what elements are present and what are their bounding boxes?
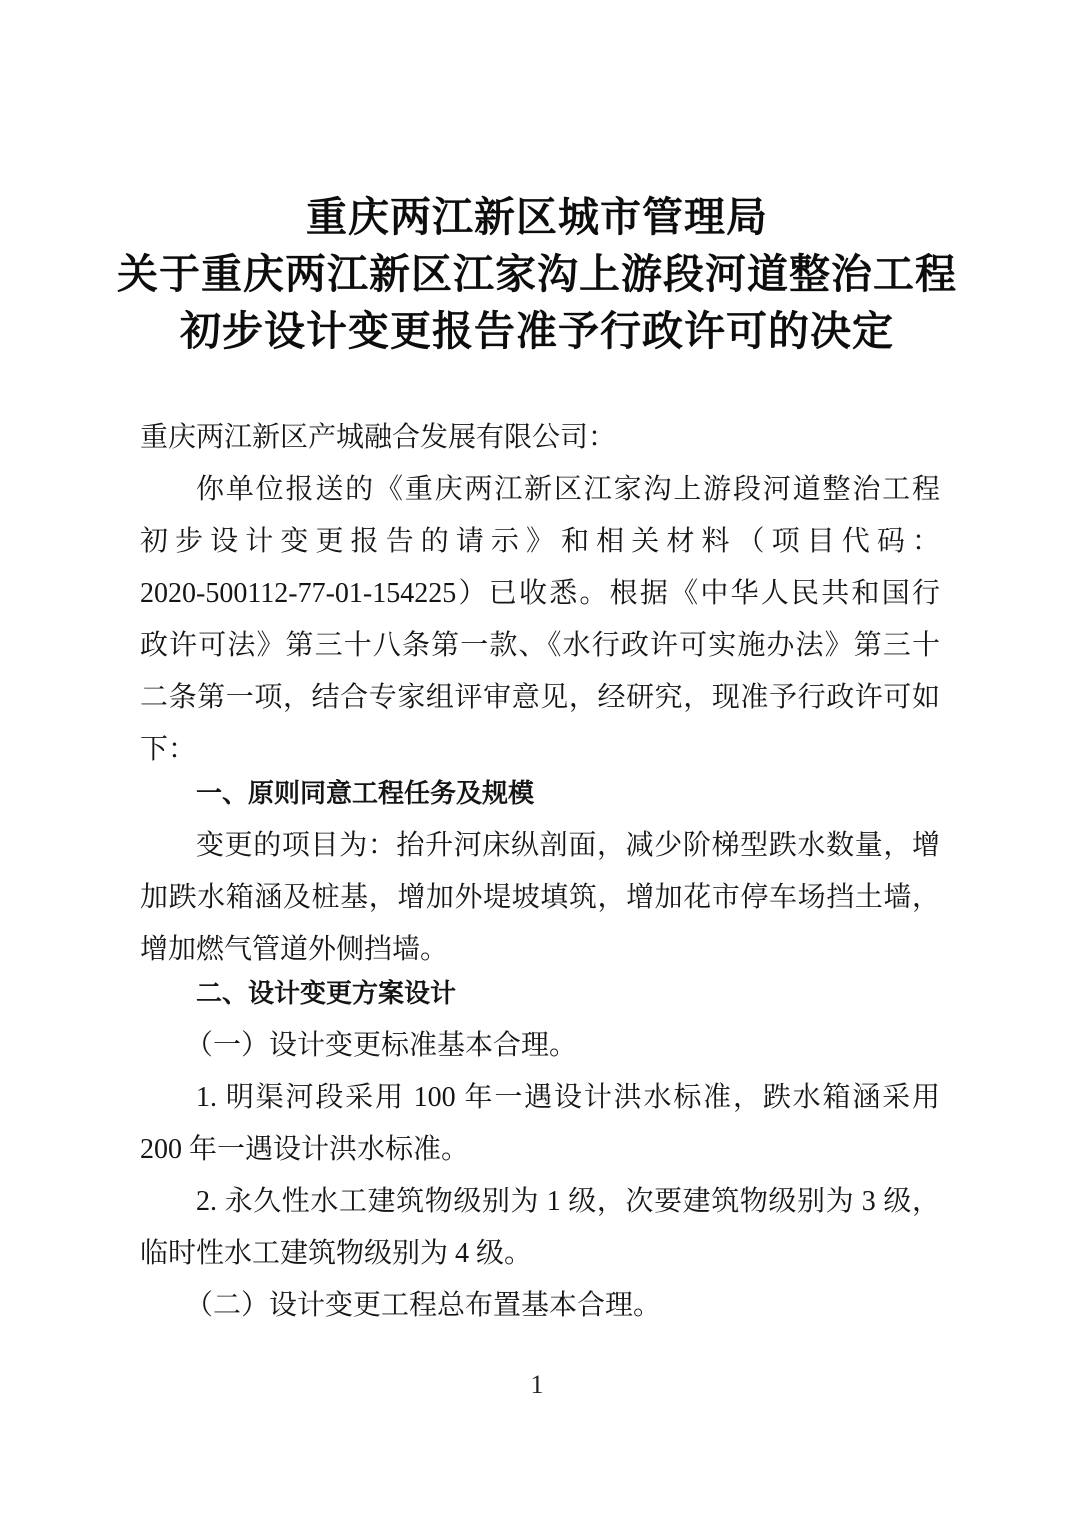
section-1-line: 加跌水箱涵及桩基，增加外堤坡填筑，增加花市停车场挡土墙， bbox=[140, 878, 940, 918]
item-1-line: 1. 明渠河段采用 100 年一遇设计洪水标准，跌水箱涵采用 bbox=[196, 1078, 940, 1118]
subsection-heading-1: （一）设计变更标准基本合理。 bbox=[185, 1026, 940, 1066]
addressee: 重庆两江新区产城融合发展有限公司： bbox=[140, 418, 940, 458]
section-1-line: 变更的项目为：抬升河床纵剖面，减少阶梯型跌水数量，增 bbox=[196, 826, 940, 866]
body-line: 2020-500112-77-01-154225）已收悉。根据《中华人民共和国行 bbox=[140, 574, 940, 614]
body-line: 下： bbox=[140, 730, 940, 770]
item-1-line: 200 年一遇设计洪水标准。 bbox=[140, 1130, 940, 1170]
item-2-line: 2. 永久性水工建筑物级别为 1 级，次要建筑物级别为 3 级， bbox=[196, 1182, 940, 1222]
document-title-line-2: 关于重庆两江新区江家沟上游段河道整治工程 bbox=[0, 247, 1074, 302]
subsection-heading-2: （二）设计变更工程总布置基本合理。 bbox=[185, 1286, 940, 1326]
document-title-line-3: 初步设计变更报告准予行政许可的决定 bbox=[0, 304, 1074, 359]
section-heading-1: 一、原则同意工程任务及规模 bbox=[196, 774, 940, 814]
body-line: 政许可法》第三十八条第一款、《水行政许可实施办法》第三十 bbox=[140, 626, 940, 666]
section-heading-2: 二、设计变更方案设计 bbox=[196, 974, 940, 1014]
body-line: 你单位报送的《重庆两江新区江家沟上游段河道整治工程 bbox=[196, 470, 940, 510]
body-line: 初步设计变更报告的请示》和相关材料（项目代码： bbox=[140, 522, 940, 562]
item-2-line: 临时性水工建筑物级别为 4 级。 bbox=[140, 1234, 940, 1274]
page-number: 1 bbox=[0, 1370, 1074, 1400]
section-1-line: 增加燃气管道外侧挡墙。 bbox=[140, 930, 940, 970]
body-line: 二条第一项，结合专家组评审意见，经研究，现准予行政许可如 bbox=[140, 678, 940, 718]
document-title-line-1: 重庆两江新区城市管理局 bbox=[0, 190, 1074, 245]
